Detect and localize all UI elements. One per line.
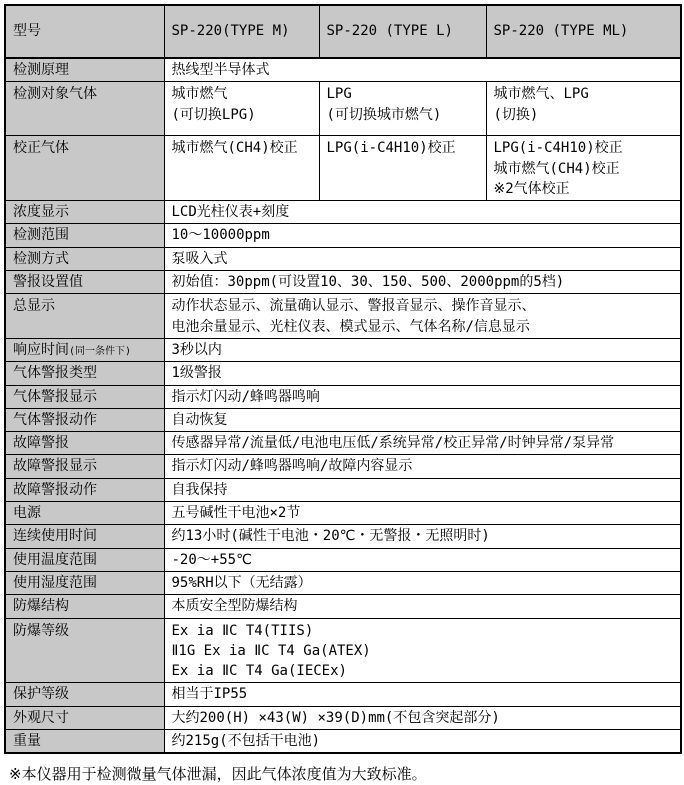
spec-table: 型号 SP-220(TYPE M) SP-220 (TYPE L) SP-220…: [4, 4, 682, 754]
spec-value: 1级警报: [164, 362, 681, 385]
table-row-concentration-display: 浓度显示 LCD光柱仪表+刻度: [5, 201, 681, 224]
spec-label: 检测方式: [5, 247, 164, 270]
table-row-alarm-setpoint: 警报设置值 初始值：30ppm(可设置10、30、150、500、2000ppm…: [5, 271, 681, 294]
table-row-target-gas: 检测对象气体 城市燃气 (可切换LPG) LPG (可切换城市燃气) 城市燃气、…: [5, 82, 681, 136]
spec-label: 响应时间(同一条件下): [5, 338, 164, 361]
spec-label: 校正气体: [5, 136, 164, 201]
spec-label: 警报设置值: [5, 271, 164, 294]
table-row-total-display: 总显示 动作状态显示、流量确认显示、警报音显示、操作音显示、 电池余量显示、光柱…: [5, 294, 681, 339]
table-row-fault-alarm-display: 故障警报显示 指示灯闪动/蜂鸣器鸣响/故障内容显示: [5, 455, 681, 478]
spec-label: 检测范围: [5, 224, 164, 247]
spec-value: 约13小时(碱性干电池・20℃・无警报・无照明时): [164, 525, 681, 548]
spec-label-text: 响应时间: [13, 342, 69, 358]
spec-label: 使用湿度范围: [5, 571, 164, 594]
spec-value: 3秒以内: [164, 338, 681, 361]
table-row-gas-alarm-action: 气体警报动作 自动恢复: [5, 408, 681, 431]
table-row-gas-alarm-display: 气体警报显示 指示灯闪动/蜂鸣器鸣响: [5, 385, 681, 408]
spec-value: 约215g(不包括干电池): [164, 730, 681, 754]
spec-sheet: 型号 SP-220(TYPE M) SP-220 (TYPE L) SP-220…: [0, 0, 684, 785]
table-row-dimensions: 外观尺寸 大约200(H) ×43(W) ×39(D)mm(不包含突起部分): [5, 706, 681, 729]
spec-value: 95%RH以下（无结露）: [164, 571, 681, 594]
table-row-power-supply: 电源 五号碱性干电池×2节: [5, 502, 681, 525]
spec-label: 电源: [5, 502, 164, 525]
model-row-label: 型号: [5, 5, 164, 58]
spec-label: 总显示: [5, 294, 164, 339]
spec-label: 气体警报显示: [5, 385, 164, 408]
table-row-explosionproof-structure: 防爆结构 本质安全型防爆结构: [5, 595, 681, 618]
spec-label: 检测对象气体: [5, 82, 164, 136]
table-row-operating-humidity: 使用湿度范围 95%RH以下（无结露）: [5, 571, 681, 594]
model-header-type-m: SP-220(TYPE M): [164, 5, 319, 58]
spec-value: 泵吸入式: [164, 247, 681, 270]
spec-value: 自动恢复: [164, 408, 681, 431]
spec-label: 防爆结构: [5, 595, 164, 618]
table-row-weight: 重量 约215g(不包括干电池): [5, 730, 681, 754]
table-row-detection-principle: 检测原理 热线型半导体式: [5, 58, 681, 82]
model-header-type-l: SP-220 (TYPE L): [319, 5, 486, 58]
spec-label: 故障警报动作: [5, 478, 164, 501]
spec-value: 动作状态显示、流量确认显示、警报音显示、操作音显示、 电池余量显示、光柱仪表、模…: [164, 294, 681, 339]
spec-value: 相当于IP55: [164, 683, 681, 706]
spec-value: 五号碱性干电池×2节: [164, 502, 681, 525]
table-row-gas-alarm-type: 气体警报类型 1级警报: [5, 362, 681, 385]
spec-label: 故障警报: [5, 432, 164, 455]
spec-value: 自我保持: [164, 478, 681, 501]
table-row-continuous-use-time: 连续使用时间 约13小时(碱性干电池・20℃・无警报・无照明时): [5, 525, 681, 548]
spec-label: 浓度显示: [5, 201, 164, 224]
spec-value: 城市燃气 (可切换LPG): [164, 82, 319, 136]
spec-label: 连续使用时间: [5, 525, 164, 548]
spec-value: 指示灯闪动/蜂鸣器鸣响/故障内容显示: [164, 455, 681, 478]
table-row-operating-temperature: 使用温度范围 -20～+55℃: [5, 548, 681, 571]
table-row-protection-rating: 保护等级 相当于IP55: [5, 683, 681, 706]
table-row-calibration-gas: 校正气体 城市燃气(CH4)校正 LPG(i-C4H10)校正 LPG(i-C4…: [5, 136, 681, 201]
spec-label: 防爆等级: [5, 618, 164, 683]
model-header-type-ml: SP-220 (TYPE ML): [486, 5, 681, 58]
table-row-fault-alarm: 故障警报 传感器异常/流量低/电池电压低/系统异常/校正异常/时钟异常/泵异常: [5, 432, 681, 455]
table-row-detection-method: 检测方式 泵吸入式: [5, 247, 681, 270]
spec-value: 10～10000ppm: [164, 224, 681, 247]
spec-value: 本质安全型防爆结构: [164, 595, 681, 618]
spec-label: 气体警报动作: [5, 408, 164, 431]
spec-value: 初始值：30ppm(可设置10、30、150、500、2000ppm的5档): [164, 271, 681, 294]
spec-value: Ex ia ⅡC T4(TIIS) Ⅱ1G Ex ia ⅡC T4 Ga(ATE…: [164, 618, 681, 683]
table-row-explosionproof-rating: 防爆等级 Ex ia ⅡC T4(TIIS) Ⅱ1G Ex ia ⅡC T4 G…: [5, 618, 681, 683]
spec-label: 保护等级: [5, 683, 164, 706]
spec-label: 使用温度范围: [5, 548, 164, 571]
header-row: 型号 SP-220(TYPE M) SP-220 (TYPE L) SP-220…: [5, 5, 681, 58]
spec-value: -20～+55℃: [164, 548, 681, 571]
spec-value: 城市燃气(CH4)校正: [164, 136, 319, 201]
spec-value: LPG(i-C4H10)校正: [319, 136, 486, 201]
spec-value: 热线型半导体式: [164, 58, 681, 82]
spec-value: LCD光柱仪表+刻度: [164, 201, 681, 224]
spec-value: 指示灯闪动/蜂鸣器鸣响: [164, 385, 681, 408]
spec-label: 故障警报显示: [5, 455, 164, 478]
spec-value: LPG(i-C4H10)校正 城市燃气(CH4)校正 ※2气体校正: [486, 136, 681, 201]
table-row-response-time: 响应时间(同一条件下) 3秒以内: [5, 338, 681, 361]
spec-label: 重量: [5, 730, 164, 754]
spec-value: 传感器异常/流量低/电池电压低/系统异常/校正异常/时钟异常/泵异常: [164, 432, 681, 455]
spec-label: 外观尺寸: [5, 706, 164, 729]
spec-label: 气体警报类型: [5, 362, 164, 385]
spec-label: 检测原理: [5, 58, 164, 82]
spec-value: 大约200(H) ×43(W) ×39(D)mm(不包含突起部分): [164, 706, 681, 729]
spec-value: LPG (可切换城市燃气): [319, 82, 486, 136]
footnote: ※本仪器用于检测微量气体泄漏，因此气体浓度值为大致标准。: [9, 765, 684, 785]
table-row-fault-alarm-action: 故障警报动作 自我保持: [5, 478, 681, 501]
table-row-detection-range: 检测范围 10～10000ppm: [5, 224, 681, 247]
spec-label-note: (同一条件下): [69, 346, 131, 357]
spec-value: 城市燃气、LPG (切换): [486, 82, 681, 136]
